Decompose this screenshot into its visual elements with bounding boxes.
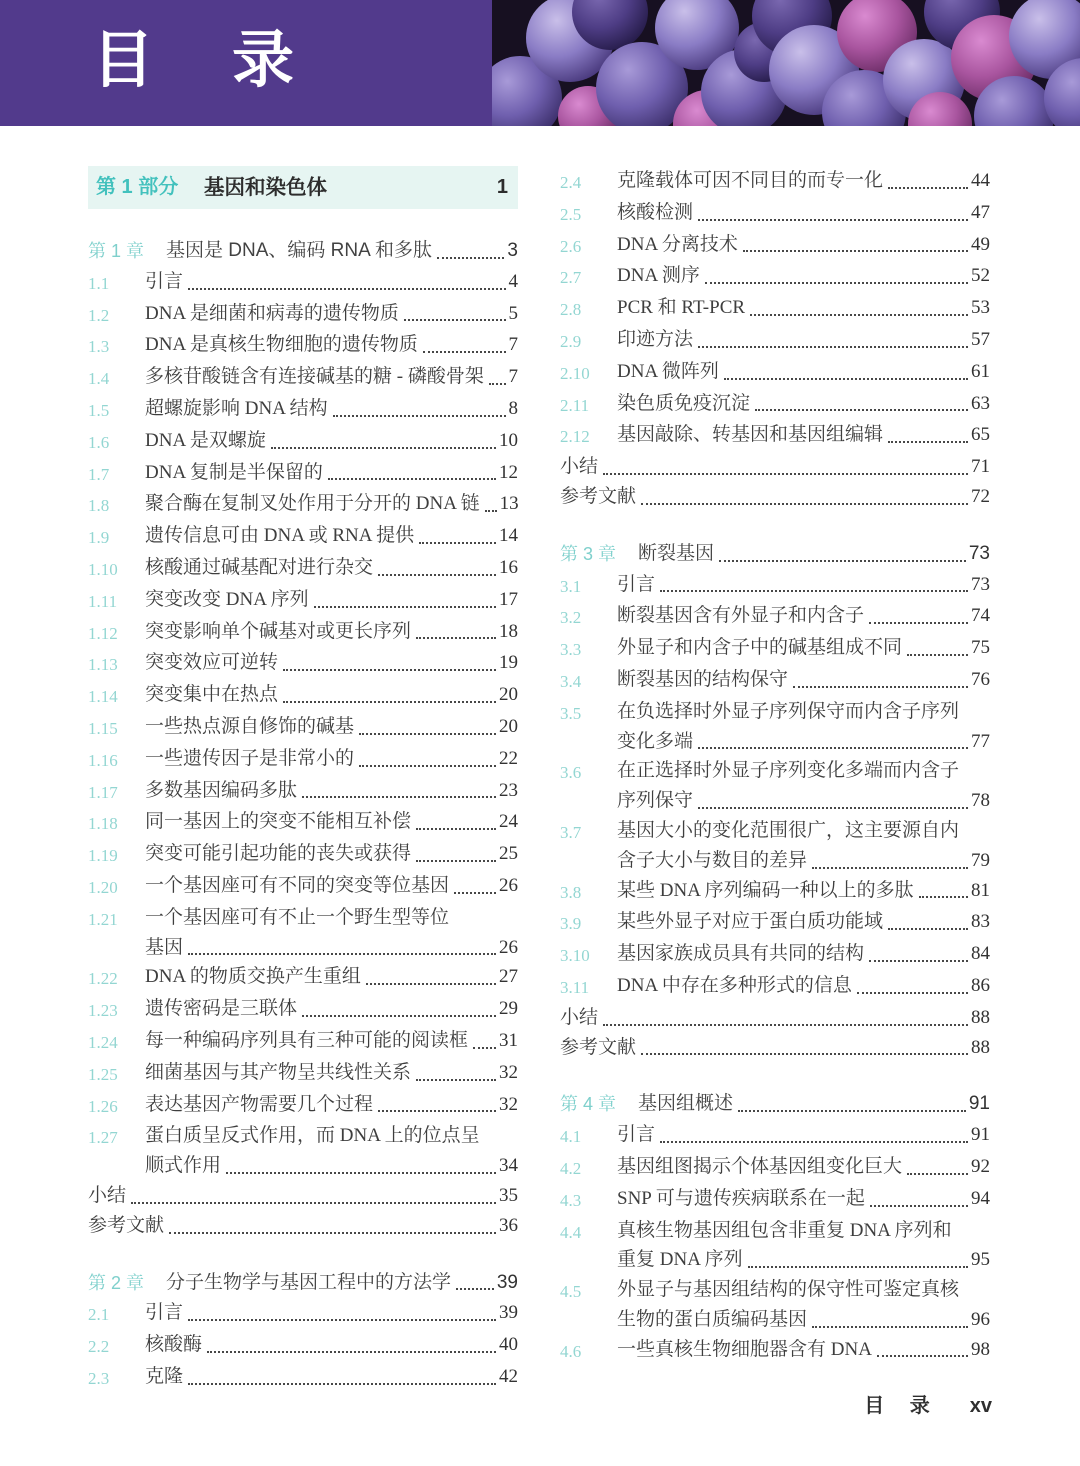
page-number: 31	[499, 1026, 518, 1056]
page-number: 4	[509, 267, 519, 297]
summary-title: 小结	[560, 1003, 598, 1033]
entry-title: 一些真核生物细胞器含有 DNA	[617, 1335, 872, 1365]
toc-line: DNA 微阵列61	[617, 357, 990, 387]
entry-title: DNA 的物质交换产生重组	[145, 962, 361, 992]
entry-row: 1.21一个基因座可有不止一个野生型等位基因26	[88, 903, 518, 963]
toc-line: DNA 是细菌和病毒的遗传物质5	[145, 299, 518, 329]
section-number: 1.7	[88, 458, 145, 490]
entry-row: 1.9遗传信息可由 DNA 或 RNA 提供14	[88, 521, 518, 553]
entry-row: 1.23遗传密码是三联体29	[88, 994, 518, 1026]
entry-row: 1.15一些热点源自修饰的碱基20	[88, 712, 518, 744]
entry-title: 突变效应可逆转	[145, 648, 278, 678]
chapter-number: 第 4 章	[560, 1089, 638, 1120]
entry-title: 生物的蛋白质编码基因	[617, 1305, 807, 1335]
entry-row: 2.9印迹方法57	[560, 325, 990, 357]
dotted-leader	[888, 441, 968, 443]
entry-row: 3.10基因家族成员具有共同的结构84	[560, 939, 990, 971]
toc-line: 断裂基因的结构保守76	[617, 665, 990, 695]
dotted-leader	[454, 892, 496, 894]
section-number: 1.1	[88, 267, 145, 299]
dotted-leader	[724, 378, 968, 380]
dotted-leader	[416, 828, 496, 830]
page-number: 81	[971, 876, 990, 906]
section-number: 2.10	[560, 357, 617, 389]
entry-title: DNA 分离技术	[617, 230, 738, 260]
toc-line: 外显子和内含子中的碱基组成不同75	[617, 633, 990, 663]
entry-title: DNA 是细菌和病毒的遗传物质	[145, 299, 399, 329]
page-number: 24	[499, 807, 518, 837]
entry-title: 同一基因上的突变不能相互补偿	[145, 807, 411, 837]
dotted-leader	[857, 992, 968, 994]
entry-row: 3.11DNA 中存在多种形式的信息86	[560, 971, 990, 1003]
page-number: 25	[499, 839, 518, 869]
entry-title: 突变影响单个碱基对或更长序列	[145, 617, 411, 647]
entry-row: 3.2断裂基因含有外显子和内含子74	[560, 601, 990, 633]
page-number: 72	[971, 482, 990, 512]
dotted-leader	[314, 606, 496, 608]
toc-line: DNA 是真核生物细胞的遗传物质7	[145, 330, 518, 360]
summary-row: 参考文献72	[560, 482, 990, 512]
dotted-leader	[743, 250, 968, 252]
entry-title: SNP 可与遗传疾病联系在一起	[617, 1184, 865, 1214]
dotted-leader	[919, 896, 968, 898]
entry-title: 含子大小与数目的差异	[617, 846, 807, 876]
dotted-leader	[283, 701, 496, 703]
dotted-leader	[641, 1053, 968, 1055]
toc-line: 一些遗传因子是非常小的22	[145, 744, 518, 774]
entry-row: 2.4克隆载体可因不同目的而专一化44	[560, 166, 990, 198]
dotted-leader	[907, 1173, 968, 1175]
dotted-leader	[869, 622, 968, 624]
entry-title: DNA 复制是半保留的	[145, 458, 323, 488]
section-number: 4.2	[560, 1152, 617, 1184]
dotted-leader	[169, 1232, 496, 1234]
toc-line: 基因是 DNA、编码 RNA 和多肽3	[166, 236, 518, 266]
dotted-leader	[877, 1355, 968, 1357]
toc-line: 一些真核生物细胞器含有 DNA98	[617, 1335, 990, 1365]
section-number: 1.17	[88, 776, 145, 808]
page-number: 65	[971, 420, 990, 450]
entry-title: 一些遗传因子是非常小的	[145, 744, 354, 774]
entry-title: 蛋白质呈反式作用，而 DNA 上的位点呈	[145, 1121, 518, 1151]
dotted-leader	[188, 288, 505, 290]
page-number: 20	[499, 712, 518, 742]
toc-line: 引言4	[145, 267, 518, 297]
entry-row: 2.8PCR 和 RT-PCR53	[560, 293, 990, 325]
page-number: 91	[971, 1120, 990, 1150]
toc-line: PCR 和 RT-PCR53	[617, 293, 990, 323]
section-number: 1.19	[88, 839, 145, 871]
toc-line: DNA 中存在多种形式的信息86	[617, 971, 990, 1001]
toc-line: DNA 分离技术49	[617, 230, 990, 260]
page-number: 26	[499, 871, 518, 901]
page-number: 83	[971, 907, 990, 937]
entry-title: 一个基因座可有不止一个野生型等位	[145, 903, 518, 933]
section-number: 1.14	[88, 680, 145, 712]
section-number: 3.8	[560, 876, 617, 908]
section-number: 3.5	[560, 697, 617, 757]
entry-row: 4.1引言91	[560, 1120, 990, 1152]
chapter-number: 第 1 章	[88, 236, 166, 267]
section-number: 1.25	[88, 1058, 145, 1090]
page-number: 5	[509, 299, 519, 329]
entry-title: 克隆	[145, 1362, 183, 1392]
section-number: 2.3	[88, 1362, 145, 1394]
entry-title: 引言	[145, 267, 183, 297]
entry-title: 基因大小的变化范围很广，这主要源自内	[617, 816, 990, 846]
page-number: 16	[499, 553, 518, 583]
entry-title: 引言	[145, 1298, 183, 1328]
entry-title: 一个基因座可有不同的突变等位基因	[145, 871, 449, 901]
entry-title: PCR 和 RT-PCR	[617, 293, 745, 323]
toc-line: 引言73	[617, 570, 990, 600]
toc-line: 每一种编码序列具有三种可能的阅读框31	[145, 1026, 518, 1056]
toc-line: 同一基因上的突变不能相互补偿24	[145, 807, 518, 837]
entry-title: 聚合酶在复制叉处作用于分开的 DNA 链	[145, 489, 480, 519]
entry-title: 一些热点源自修饰的碱基	[145, 712, 354, 742]
dotted-leader	[738, 1110, 966, 1112]
page-number: 1	[497, 166, 508, 209]
section-number: 2.12	[560, 420, 617, 452]
dotted-leader	[366, 983, 496, 985]
dotted-leader	[302, 1015, 496, 1017]
section-number: 3.3	[560, 633, 617, 665]
entry-row: 1.25细菌基因与其产物呈共线性关系32	[88, 1058, 518, 1090]
dotted-leader	[755, 409, 968, 411]
toc-line: 重复 DNA 序列95	[617, 1245, 990, 1275]
page-number: 39	[497, 1268, 518, 1298]
section-number: 2.5	[560, 198, 617, 230]
entry-row: 1.14突变集中在热点20	[88, 680, 518, 712]
dotted-leader	[378, 1110, 496, 1112]
page-title: 目 录	[92, 24, 302, 98]
entry-title: 断裂基因的结构保守	[617, 665, 788, 695]
entry-title: 引言	[617, 1120, 655, 1150]
page-number: 17	[499, 585, 518, 615]
entry-title: 突变可能引起功能的丧失或获得	[145, 839, 411, 869]
dotted-leader	[419, 542, 496, 544]
toc-line: 多数基因编码多肽23	[145, 776, 518, 806]
dotted-leader	[719, 560, 966, 562]
entry-row: 1.20一个基因座可有不同的突变等位基因26	[88, 871, 518, 903]
entry-title: 每一种编码序列具有三种可能的阅读框	[145, 1026, 468, 1056]
summary-title: 小结	[560, 452, 598, 482]
toc-line: 顺式作用34	[145, 1151, 518, 1181]
entry-title: DNA 测序	[617, 261, 700, 291]
toc-line: 一个基因座可有不同的突变等位基因26	[145, 871, 518, 901]
entry-title: DNA 微阵列	[617, 357, 719, 387]
toc-line: DNA 的物质交换产生重组27	[145, 962, 518, 992]
chapter-title: 分子生物学与基因工程中的方法学	[166, 1268, 451, 1298]
dotted-leader	[302, 796, 496, 798]
entry-title: 多数基因编码多肽	[145, 776, 297, 806]
toc-line: DNA 是双螺旋10	[145, 426, 518, 456]
entry-row: 3.5在负选择时外显子序列保守而内含子序列变化多端77	[560, 697, 990, 757]
entry-row: 1.17多数基因编码多肽23	[88, 776, 518, 808]
entry-row: 1.22DNA 的物质交换产生重组27	[88, 962, 518, 994]
section-number: 1.20	[88, 871, 145, 903]
entry-row: 1.3DNA 是真核生物细胞的遗传物质7	[88, 330, 518, 362]
dotted-leader	[359, 733, 496, 735]
entry-title: 基因	[145, 933, 183, 963]
entry-row: 4.3SNP 可与遗传疾病联系在一起94	[560, 1184, 990, 1216]
chapter-row: 第 3 章断裂基因73	[560, 539, 990, 570]
entry-row: 1.13突变效应可逆转19	[88, 648, 518, 680]
toc-line: DNA 复制是半保留的12	[145, 458, 518, 488]
entry-row: 1.5超螺旋影响 DNA 结构8	[88, 394, 518, 426]
entry-row: 1.27蛋白质呈反式作用，而 DNA 上的位点呈顺式作用34	[88, 1121, 518, 1181]
dotted-leader	[416, 860, 496, 862]
entry-title: 核酸通过碱基配对进行杂交	[145, 553, 373, 583]
dotted-leader	[705, 282, 968, 284]
toc-line: 分子生物学与基因工程中的方法学39	[166, 1268, 518, 1298]
entry-row: 2.12基因敲除、转基因和基因组编辑65	[560, 420, 990, 452]
toc-line: 突变效应可逆转19	[145, 648, 518, 678]
summary-title: 参考文献	[560, 1033, 636, 1063]
entry-row: 1.1引言4	[88, 267, 518, 299]
dotted-leader	[793, 686, 968, 688]
dotted-leader	[378, 574, 496, 576]
entry-title: 重复 DNA 序列	[617, 1245, 743, 1275]
section-number: 3.7	[560, 816, 617, 876]
toc-line: 印迹方法57	[617, 325, 990, 355]
entry-row: 2.5核酸检测47	[560, 198, 990, 230]
section-number: 3.11	[560, 971, 617, 1003]
dotted-leader	[888, 187, 968, 189]
entry-row: 3.8某些 DNA 序列编码一种以上的多肽81	[560, 876, 990, 908]
page-number: 20	[499, 680, 518, 710]
entry-row: 1.26表达基因产物需要几个过程32	[88, 1090, 518, 1122]
section-number: 1.3	[88, 330, 145, 362]
dotted-leader	[489, 383, 506, 385]
page-number: 78	[971, 786, 990, 816]
toc-line: 基因组概述91	[638, 1089, 990, 1119]
toc-line: 核酸酶40	[145, 1330, 518, 1360]
dotted-leader	[271, 447, 496, 449]
section-number: 2.1	[88, 1298, 145, 1330]
summary-row: 参考文献36	[88, 1211, 518, 1241]
dotted-leader	[869, 960, 968, 962]
dotted-leader	[333, 415, 506, 417]
entry-row: 1.18同一基因上的突变不能相互补偿24	[88, 807, 518, 839]
entry-title: 克隆载体可因不同目的而专一化	[617, 166, 883, 196]
entry-row: 4.2基因组图揭示个体基因组变化巨大92	[560, 1152, 990, 1184]
page-number: 76	[971, 665, 990, 695]
dotted-leader	[907, 654, 968, 656]
entry-title: 突变集中在热点	[145, 680, 278, 710]
page-number: 95	[971, 1245, 990, 1275]
dotted-leader	[750, 314, 968, 316]
dotted-leader	[423, 351, 506, 353]
entry-title: 多核苷酸链含有连接碱基的糖 - 磷酸骨架	[145, 362, 484, 392]
dotted-leader	[359, 765, 496, 767]
entry-title: 核酸酶	[145, 1330, 202, 1360]
entry-title: 遗传信息可由 DNA 或 RNA 提供	[145, 521, 414, 551]
toc-line: 超螺旋影响 DNA 结构8	[145, 394, 518, 424]
chapter-number: 第 3 章	[560, 539, 638, 570]
page-number: 84	[971, 939, 990, 969]
entry-row: 1.11突变改变 DNA 序列17	[88, 585, 518, 617]
toc-line: 小结88	[560, 1003, 990, 1033]
section-number: 2.7	[560, 261, 617, 293]
toc-line: 小结35	[88, 1181, 518, 1211]
section-number: 3.4	[560, 665, 617, 697]
summary-row: 小结71	[560, 452, 990, 482]
footer-page-number: xv	[970, 1395, 992, 1418]
entry-row: 2.6DNA 分离技术49	[560, 230, 990, 262]
section-number: 2.9	[560, 325, 617, 357]
entry-title: 外显子与基因组结构的保守性可鉴定真核	[617, 1275, 990, 1305]
entry-title: 表达基因产物需要几个过程	[145, 1090, 373, 1120]
entry-title: 某些外显子对应于蛋白质功能域	[617, 907, 883, 937]
page-number: 34	[499, 1151, 518, 1181]
entry-row: 1.4多核苷酸链含有连接碱基的糖 - 磷酸骨架7	[88, 362, 518, 394]
page-number: 98	[971, 1335, 990, 1365]
entry-row: 2.7DNA 测序52	[560, 261, 990, 293]
page-number: 23	[499, 776, 518, 806]
chapter-title: 基因是 DNA、编码 RNA 和多肽	[166, 236, 432, 266]
page-number: 71	[971, 452, 990, 482]
entry-title: 序列保守	[617, 786, 693, 816]
dotted-leader	[812, 867, 968, 869]
entry-title: 染色质免疫沉淀	[617, 389, 750, 419]
entry-title: DNA 是双螺旋	[145, 426, 266, 456]
toc-line: 参考文献36	[88, 1211, 518, 1241]
toc-line: 突变集中在热点20	[145, 680, 518, 710]
section-number: 2.2	[88, 1330, 145, 1362]
toc-line: 断裂基因73	[638, 539, 990, 569]
toc-line: 聚合酶在复制叉处作用于分开的 DNA 链13	[145, 489, 518, 519]
page-number: 52	[971, 261, 990, 291]
dotted-leader	[328, 478, 496, 480]
page-number: 10	[499, 426, 518, 456]
dotted-leader	[416, 637, 496, 639]
dotted-leader	[188, 1319, 496, 1321]
section-number: 1.22	[88, 962, 145, 994]
page-number: 73	[971, 570, 990, 600]
dotted-leader	[416, 1079, 496, 1081]
section-number: 1.23	[88, 994, 145, 1026]
dotted-leader	[485, 510, 497, 512]
page-number: 35	[499, 1181, 518, 1211]
entry-row: 2.2核酸酶40	[88, 1330, 518, 1362]
chapter-row: 第 4 章基因组概述91	[560, 1089, 990, 1120]
page-number: 94	[971, 1184, 990, 1214]
page-number: 22	[499, 744, 518, 774]
dotted-leader	[207, 1351, 496, 1353]
page-number: 42	[499, 1362, 518, 1392]
toc-column-left: 第 1 部分基因和染色体1第 1 章基因是 DNA、编码 RNA 和多肽31.1…	[88, 166, 518, 1394]
entry-title: DNA 是真核生物细胞的遗传物质	[145, 330, 418, 360]
dotted-leader	[188, 953, 496, 955]
page-number: 7	[509, 330, 519, 360]
part-title: 基因和染色体	[204, 166, 497, 209]
toc-line: 引言39	[145, 1298, 518, 1328]
section-number: 1.26	[88, 1090, 145, 1122]
page-number: 47	[971, 198, 990, 228]
page-number: 39	[499, 1298, 518, 1328]
page-number: 96	[971, 1305, 990, 1335]
section-number: 1.10	[88, 553, 145, 585]
section-number: 4.3	[560, 1184, 617, 1216]
toc-line: 突变影响单个碱基对或更长序列18	[145, 617, 518, 647]
dotted-leader	[283, 669, 496, 671]
page-number: 19	[499, 648, 518, 678]
dotted-leader	[888, 928, 968, 930]
summary-row: 小结88	[560, 1003, 990, 1033]
chapter-title: 断裂基因	[638, 539, 714, 569]
dotted-leader	[603, 1024, 968, 1026]
toc-line: 核酸通过碱基配对进行杂交16	[145, 553, 518, 583]
page-number: 86	[971, 971, 990, 1001]
entry-title: 遗传密码是三联体	[145, 994, 297, 1024]
page-number: 27	[499, 962, 518, 992]
page-number: 88	[971, 1033, 990, 1063]
section-number: 4.1	[560, 1120, 617, 1152]
page-footer: 目 录 xv	[864, 1389, 992, 1418]
toc-line: 参考文献88	[560, 1033, 990, 1063]
dotted-leader	[698, 747, 968, 749]
dotted-leader	[473, 1047, 496, 1049]
chapter-row: 第 2 章分子生物学与基因工程中的方法学39	[88, 1268, 518, 1299]
toc-line: 突变改变 DNA 序列17	[145, 585, 518, 615]
entry-title: 印迹方法	[617, 325, 693, 355]
page-number: 53	[971, 293, 990, 323]
toc-line: 基因26	[145, 933, 518, 963]
summary-row: 参考文献88	[560, 1033, 990, 1063]
dotted-leader	[870, 1205, 968, 1207]
toc-line: 一些热点源自修饰的碱基20	[145, 712, 518, 742]
dotted-leader	[603, 473, 968, 475]
toc-line: 突变可能引起功能的丧失或获得25	[145, 839, 518, 869]
page-number: 44	[971, 166, 990, 196]
entry-title: 顺式作用	[145, 1151, 221, 1181]
toc-line: 染色质免疫沉淀63	[617, 389, 990, 419]
section-number: 1.15	[88, 712, 145, 744]
toc-line: 遗传密码是三联体29	[145, 994, 518, 1024]
section-number: 3.10	[560, 939, 617, 971]
summary-title: 小结	[88, 1181, 126, 1211]
summary-title: 参考文献	[560, 482, 636, 512]
page-number: 79	[971, 846, 990, 876]
toc-line: 小结71	[560, 452, 990, 482]
toc-line: DNA 测序52	[617, 261, 990, 291]
dotted-leader	[188, 1383, 496, 1385]
dotted-leader	[698, 219, 968, 221]
toc-line: 某些 DNA 序列编码一种以上的多肽81	[617, 876, 990, 906]
page-number: 61	[971, 357, 990, 387]
page-number: 8	[509, 394, 519, 424]
entry-title: 在正选择时外显子序列变化多端而内含子	[617, 756, 990, 786]
chapter-number: 第 2 章	[88, 1268, 166, 1299]
dotted-leader	[456, 1288, 494, 1290]
toc-line: 基因组图揭示个体基因组变化巨大92	[617, 1152, 990, 1182]
entry-row: 4.6一些真核生物细胞器含有 DNA98	[560, 1335, 990, 1367]
page-number: 63	[971, 389, 990, 419]
section-number: 1.4	[88, 362, 145, 394]
entry-row: 4.4真核生物基因组包含非重复 DNA 序列和重复 DNA 序列95	[560, 1216, 990, 1276]
summary-title: 参考文献	[88, 1211, 164, 1241]
footer-label: 目 录	[864, 1389, 940, 1418]
toc-line: 多核苷酸链含有连接碱基的糖 - 磷酸骨架7	[145, 362, 518, 392]
section-number: 1.11	[88, 585, 145, 617]
entry-row: 1.2DNA 是细菌和病毒的遗传物质5	[88, 299, 518, 331]
dotted-leader	[748, 1266, 968, 1268]
entry-title: 某些 DNA 序列编码一种以上的多肽	[617, 876, 914, 906]
page-number: 26	[499, 933, 518, 963]
entry-row: 1.8聚合酶在复制叉处作用于分开的 DNA 链13	[88, 489, 518, 521]
entry-row: 1.19突变可能引起功能的丧失或获得25	[88, 839, 518, 871]
